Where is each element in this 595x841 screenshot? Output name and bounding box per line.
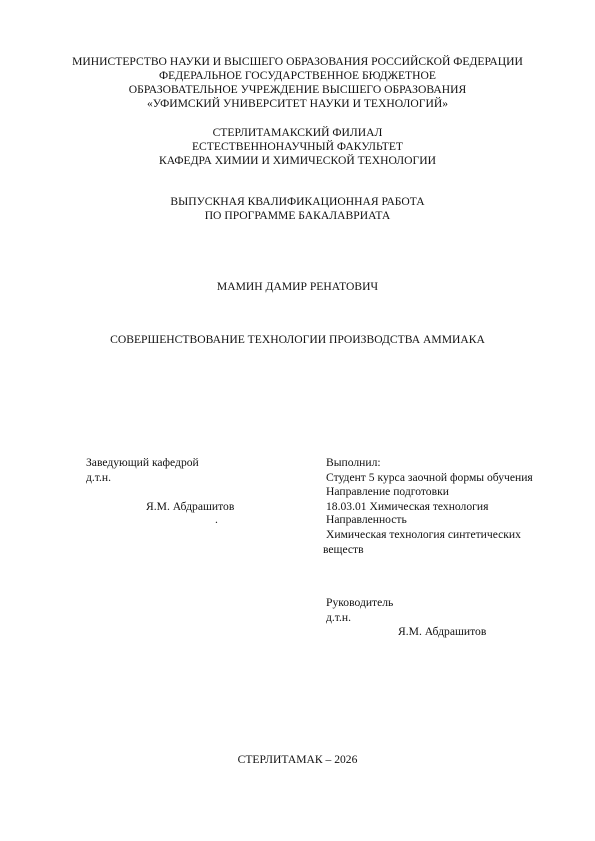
head-role: Заведующий кафедрой (86, 456, 199, 470)
institution-line-1: ФЕДЕРАЛЬНОЕ ГОСУДАРСТВЕННОЕ БЮДЖЕТНОЕ (0, 69, 595, 83)
institution-line-2: ОБРАЗОВАТЕЛЬНОЕ УЧРЕЖДЕНИЕ ВЫСШЕГО ОБРАЗ… (0, 83, 595, 97)
direction-label: Направление подготовки (326, 485, 449, 499)
city-year: СТЕРЛИТАМАК – 2026 (0, 753, 595, 767)
ministry-name: МИНИСТЕРСТВО НАУКИ И ВЫСШЕГО ОБРАЗОВАНИЯ… (0, 55, 595, 69)
university-name: «УФИМСКИЙ УНИВЕРСИТЕТ НАУКИ И ТЕХНОЛОГИЙ… (0, 97, 595, 111)
profile-label: Направленность (326, 513, 407, 527)
performed-label: Выполнил: (326, 456, 381, 470)
work-type-line-1: ВЫПУСКНАЯ КВАЛИФИКАЦИОННАЯ РАБОТА (0, 195, 595, 209)
thesis-title: СОВЕРШЕНСТВОВАНИЕ ТЕХНОЛОГИИ ПРОИЗВОДСТВ… (0, 333, 595, 347)
supervisor-role: Руководитель (326, 596, 393, 610)
supervisor-degree: д.т.н. (326, 611, 351, 625)
student-info: Студент 5 курса заочной формы обучения (326, 471, 533, 485)
head-degree: д.т.н. (86, 471, 111, 485)
direction-value: 18.03.01 Химическая технология (326, 500, 488, 514)
department-name: КАФЕДРА ХИМИИ И ХИМИЧЕСКОЙ ТЕХНОЛОГИИ (0, 154, 595, 168)
profile-value-line-2: веществ (323, 543, 364, 557)
profile-value-line-1: Химическая технология синтетических (326, 528, 521, 542)
work-type-line-2: ПО ПРОГРАММЕ БАКАЛАВРИАТА (0, 209, 595, 223)
faculty-name: ЕСТЕСТВЕННОНАУЧНЫЙ ФАКУЛЬТЕТ (0, 140, 595, 154)
branch-name: СТЕРЛИТАМАКСКИЙ ФИЛИАЛ (0, 126, 595, 140)
author-name: МАМИН ДАМИР РЕНАТОВИЧ (0, 280, 595, 294)
head-signature-mark: . (215, 513, 218, 527)
head-name: Я.М. Абдрашитов (146, 500, 234, 514)
supervisor-name: Я.М. Абдрашитов (398, 625, 486, 639)
